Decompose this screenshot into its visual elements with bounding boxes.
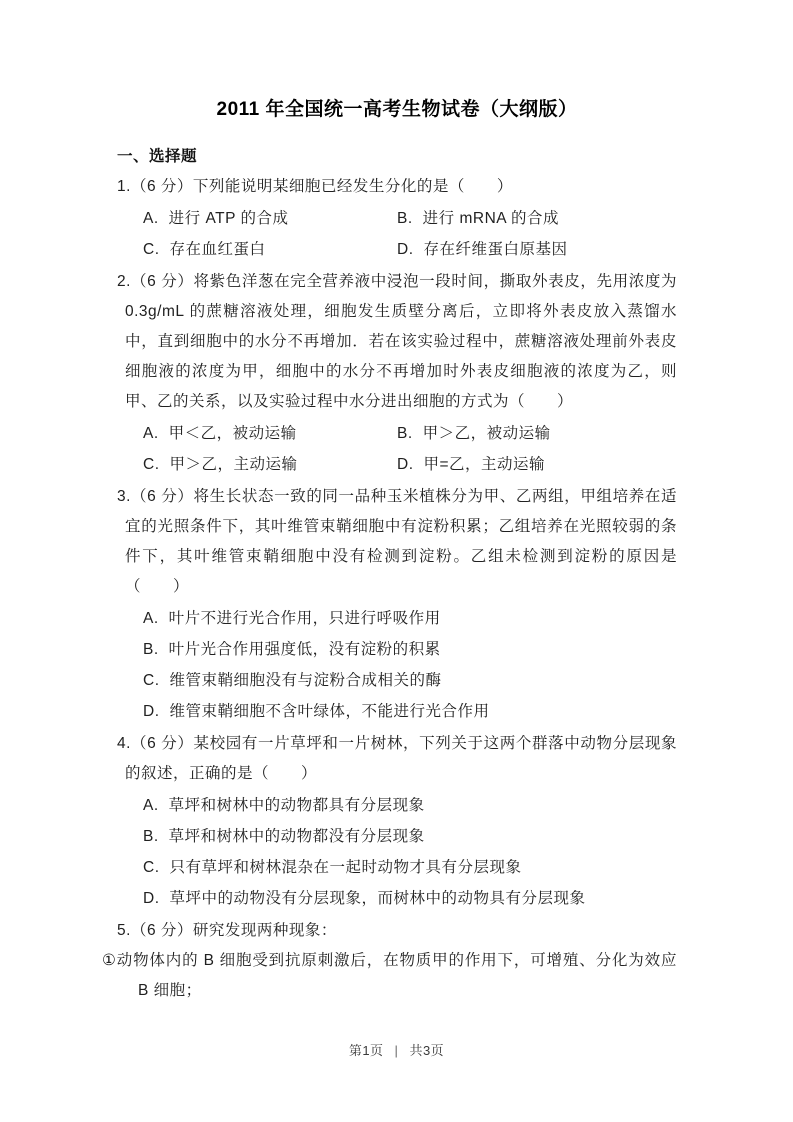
question-points: （6 分） bbox=[131, 273, 194, 290]
option-label: B. bbox=[143, 641, 159, 658]
question-4: 4.（6 分）某校园有一片草坪和一片树林，下列关于这两个群落中动物分层现象的叙述… bbox=[117, 729, 677, 914]
exam-paper-page: 2011 年全国统一高考生物试卷（大纲版） 一、选择题 1.（6 分）下列能说明… bbox=[0, 0, 793, 1122]
option-text: 进行 ATP 的合成 bbox=[169, 210, 289, 227]
footer-total-pages: 共3页 bbox=[409, 1043, 444, 1058]
option-text: 存在血红蛋白 bbox=[170, 241, 266, 258]
question-number: 4. bbox=[117, 735, 131, 752]
question-text: 下列能说明某细胞已经发生分化的是（ ） bbox=[193, 178, 513, 195]
question-1: 1.（6 分）下列能说明某细胞已经发生分化的是（ ） A.进行 ATP 的合成 … bbox=[117, 172, 677, 265]
option-label: A. bbox=[143, 610, 159, 627]
question-stem: 5.（6 分）研究发现两种现象： bbox=[117, 916, 677, 946]
option-text: 维管束鞘细胞没有与淀粉合成相关的酶 bbox=[170, 672, 442, 689]
option-c: C.维管束鞘细胞没有与淀粉合成相关的酶 bbox=[143, 665, 677, 696]
option-label: C. bbox=[143, 672, 160, 689]
question-stem: 3.（6 分）将生长状态一致的同一品种玉米植株分为甲、乙两组，甲组培养在适宜的光… bbox=[117, 482, 677, 602]
option-label: B. bbox=[143, 828, 159, 845]
section-heading: 一、选择题 bbox=[117, 142, 677, 172]
question-options: A.叶片不进行光合作用，只进行呼吸作用 B.叶片光合作用强度低，没有淀粉的积累 … bbox=[117, 603, 677, 727]
question-number: 3. bbox=[117, 488, 131, 505]
option-label: C. bbox=[143, 859, 160, 876]
option-a: A.草坪和树林中的动物都具有分层现象 bbox=[143, 790, 677, 821]
option-label: D. bbox=[143, 890, 160, 907]
question-points: （6 分） bbox=[131, 922, 193, 939]
option-b: B.甲＞乙，被动运输 bbox=[397, 418, 677, 449]
option-text: 甲＞乙，主动运输 bbox=[170, 456, 298, 473]
option-text: 甲=乙，主动运输 bbox=[424, 456, 546, 473]
question-options: A.进行 ATP 的合成 B.进行 mRNA 的合成 C.存在血红蛋白 D.存在… bbox=[117, 203, 677, 265]
page-title: 2011 年全国统一高考生物试卷（大纲版） bbox=[117, 96, 677, 124]
option-b: B.草坪和树林中的动物都没有分层现象 bbox=[143, 821, 677, 852]
question-text: 某校园有一片草坪和一片树林，下列关于这两个群落中动物分层现象的叙述，正确的是（ … bbox=[125, 735, 677, 782]
question-sub-item-1: ①动物体内的 B 细胞受到抗原刺激后，在物质甲的作用下，可增殖、分化为效应 B … bbox=[102, 946, 677, 1006]
question-2: 2.（6 分）将紫色洋葱在完全营养液中浸泡一段时间，撕取外表皮，先用浓度为 0.… bbox=[117, 267, 677, 480]
option-label: B. bbox=[397, 210, 413, 227]
option-text: 甲＞乙，被动运输 bbox=[423, 425, 551, 442]
option-d: D.草坪中的动物没有分层现象，而树林中的动物具有分层现象 bbox=[143, 883, 677, 914]
question-stem: 4.（6 分）某校园有一片草坪和一片树林，下列关于这两个群落中动物分层现象的叙述… bbox=[117, 729, 677, 789]
question-number: 5. bbox=[117, 922, 131, 939]
option-label: B. bbox=[397, 425, 413, 442]
option-a: A.进行 ATP 的合成 bbox=[143, 203, 397, 234]
option-c: C.只有草坪和树林混杂在一起时动物才具有分层现象 bbox=[143, 852, 677, 883]
option-a: A.甲＜乙，被动运输 bbox=[143, 418, 397, 449]
page-footer: 第1页|共3页 bbox=[0, 1040, 793, 1059]
question-number: 1. bbox=[117, 178, 131, 195]
option-label: A. bbox=[143, 210, 159, 227]
option-text: 草坪中的动物没有分层现象，而树林中的动物具有分层现象 bbox=[170, 890, 586, 907]
option-text: 草坪和树林中的动物都没有分层现象 bbox=[169, 828, 425, 845]
option-label: A. bbox=[143, 797, 159, 814]
question-points: （6 分） bbox=[131, 488, 194, 505]
option-text: 维管束鞘细胞不含叶绿体，不能进行光合作用 bbox=[170, 703, 490, 720]
option-d: D.甲=乙，主动运输 bbox=[397, 449, 677, 480]
option-b: B.叶片光合作用强度低，没有淀粉的积累 bbox=[143, 634, 677, 665]
option-text: 草坪和树林中的动物都具有分层现象 bbox=[169, 797, 425, 814]
option-a: A.叶片不进行光合作用，只进行呼吸作用 bbox=[143, 603, 677, 634]
footer-page-number: 第1页 bbox=[349, 1043, 384, 1058]
question-options: A.甲＜乙，被动运输 B.甲＞乙，被动运输 C.甲＞乙，主动运输 D.甲=乙，主… bbox=[117, 418, 677, 480]
footer-separator: | bbox=[395, 1043, 399, 1058]
question-number: 2. bbox=[117, 273, 131, 290]
option-text: 叶片不进行光合作用，只进行呼吸作用 bbox=[169, 610, 441, 627]
question-stem: 2.（6 分）将紫色洋葱在完全营养液中浸泡一段时间，撕取外表皮，先用浓度为 0.… bbox=[117, 267, 677, 417]
option-label: A. bbox=[143, 425, 159, 442]
option-text: 叶片光合作用强度低，没有淀粉的积累 bbox=[169, 641, 441, 658]
option-label: D. bbox=[397, 456, 414, 473]
question-options: A.草坪和树林中的动物都具有分层现象 B.草坪和树林中的动物都没有分层现象 C.… bbox=[117, 790, 677, 914]
option-label: C. bbox=[143, 456, 160, 473]
question-text: 研究发现两种现象： bbox=[193, 922, 337, 939]
option-text: 进行 mRNA 的合成 bbox=[423, 210, 559, 227]
question-text: 将紫色洋葱在完全营养液中浸泡一段时间，撕取外表皮，先用浓度为 0.3g/mL 的… bbox=[125, 273, 677, 410]
option-label: D. bbox=[397, 241, 414, 258]
option-label: C. bbox=[143, 241, 160, 258]
question-3: 3.（6 分）将生长状态一致的同一品种玉米植株分为甲、乙两组，甲组培养在适宜的光… bbox=[117, 482, 677, 727]
question-points: （6 分） bbox=[131, 178, 193, 195]
question-stem: 1.（6 分）下列能说明某细胞已经发生分化的是（ ） bbox=[117, 172, 677, 202]
option-text: 甲＜乙，被动运输 bbox=[169, 425, 297, 442]
option-text: 存在纤维蛋白原基因 bbox=[424, 241, 568, 258]
option-c: C.存在血红蛋白 bbox=[143, 234, 397, 265]
question-points: （6 分） bbox=[131, 735, 194, 752]
option-d: D.维管束鞘细胞不含叶绿体，不能进行光合作用 bbox=[143, 696, 677, 727]
question-5: 5.（6 分）研究发现两种现象： ①动物体内的 B 细胞受到抗原刺激后，在物质甲… bbox=[117, 916, 677, 1006]
option-d: D.存在纤维蛋白原基因 bbox=[397, 234, 677, 265]
question-text: 将生长状态一致的同一品种玉米植株分为甲、乙两组，甲组培养在适宜的光照条件下，其叶… bbox=[125, 488, 677, 595]
option-b: B.进行 mRNA 的合成 bbox=[397, 203, 677, 234]
option-text: 只有草坪和树林混杂在一起时动物才具有分层现象 bbox=[170, 859, 522, 876]
option-c: C.甲＞乙，主动运输 bbox=[143, 449, 397, 480]
option-label: D. bbox=[143, 703, 160, 720]
